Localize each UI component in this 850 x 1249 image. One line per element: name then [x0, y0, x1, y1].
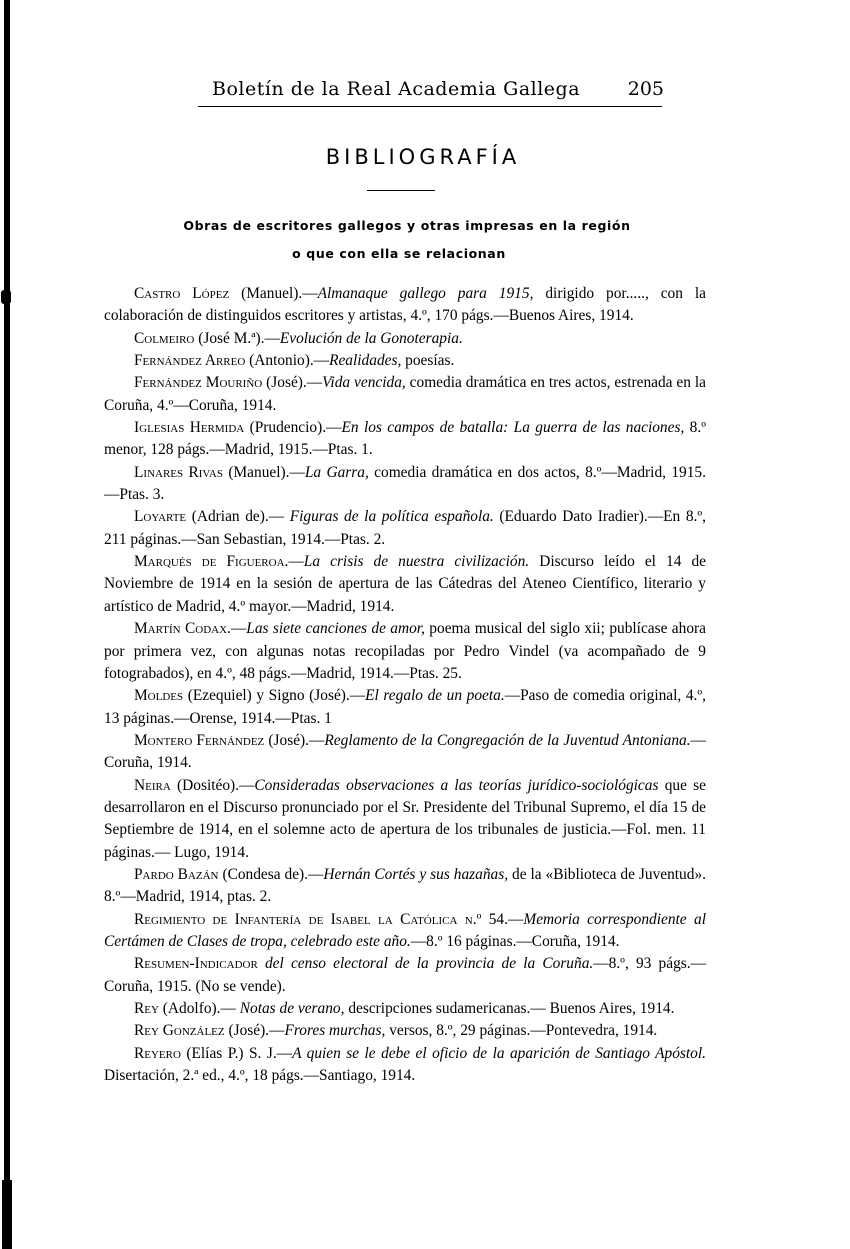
entry-title: Hernán Cortés y sus hazañas,	[323, 866, 508, 883]
bibliography-entry: Resumen-Indicador del censo electoral de…	[104, 953, 706, 998]
bibliography-entry: Loyarte (Adrian de).— Figuras de la polí…	[104, 506, 706, 551]
entry-author: Loyarte	[134, 508, 186, 525]
entry-title: Notas de verano,	[240, 1000, 345, 1017]
book-binding-edge	[4, 0, 10, 1249]
entry-title: del censo electoral de la provincia de l…	[265, 955, 593, 972]
entry-author: Neira	[134, 777, 171, 794]
entry-author-detail: (Ezequiel) y Signo (José).—	[183, 687, 365, 704]
entry-author-detail: (Dositéo).—	[171, 777, 255, 794]
section-subtitle-line2: o que con ella se relacionan	[0, 246, 824, 261]
entry-title: Reglamento de la Congregación de la Juve…	[324, 732, 690, 749]
entry-author: Marqués de Figueroa	[134, 553, 285, 570]
entry-author: Fernández Mouriño	[134, 374, 262, 391]
bibliography-entry: Fernández Mouriño (José).—Vida vencida, …	[104, 372, 706, 417]
entry-details: versos, 8.º, 29 páginas.—Pontevedra, 191…	[385, 1022, 657, 1039]
entry-author-detail	[258, 955, 265, 972]
bibliography-entry: Colmeiro (José M.ª).—Evolución de la Gon…	[104, 328, 706, 350]
entry-title: Figuras de la política española.	[290, 508, 494, 525]
entry-details: Disertación, 2.ª ed., 4.º, 18 págs.—Sant…	[104, 1067, 415, 1084]
running-header: Boletín de la Real Academia Gallega 205	[198, 76, 662, 107]
bibliography-entry: Rey (Adolfo).— Notas de verano, descripc…	[104, 998, 706, 1020]
entry-title: Almanaque gallego para 1915,	[318, 285, 534, 302]
entry-author-detail: .—	[227, 620, 246, 637]
entry-author: Resumen-Indicador	[134, 955, 258, 972]
entry-title: La crisis de nuestra civilización.	[304, 553, 529, 570]
entry-author: Iglesias Hermida	[134, 419, 244, 436]
entry-author: Rey	[134, 1000, 159, 1017]
bibliography-entry: Pardo Bazán (Condesa de).—Hernán Cortés …	[104, 864, 706, 909]
entry-title: El regalo de un poeta.	[365, 687, 505, 704]
entry-author-detail: (Adrian de).—	[186, 508, 290, 525]
bibliography-entry: Fernández Arreo (Antonio).—Realidades, p…	[104, 350, 706, 372]
entry-author-detail: (José).—	[264, 732, 324, 749]
entry-author-detail: (José M.ª).—	[194, 330, 279, 347]
bibliography-entry: Regimiento de Infantería de Isabel la Ca…	[104, 909, 706, 954]
entry-author-detail: (Elías P.) S. J.—	[181, 1045, 292, 1062]
entry-title: A quien se le debe el oficio de la apari…	[292, 1045, 706, 1062]
bibliography-entry: Moldes (Ezequiel) y Signo (José).—El reg…	[104, 685, 706, 730]
section-subtitle-line1: Obras de escritores gallegos y otras imp…	[0, 218, 832, 233]
bibliography-entry: Neira (Dositéo).—Consideradas observacio…	[104, 775, 706, 864]
entry-author: Reyero	[134, 1045, 181, 1062]
entry-author-detail: (José).—	[262, 374, 322, 391]
bibliography-entry: Castro López (Manuel).—Almanaque gallego…	[104, 283, 706, 328]
entry-author: Pardo Bazán	[134, 866, 219, 883]
entry-author: Rey González	[134, 1022, 225, 1039]
entry-title: La Garra,	[305, 464, 369, 481]
bibliography-entry: Iglesias Hermida (Prudencio).—En los cam…	[104, 417, 706, 462]
entry-author-detail: (Prudencio).—	[244, 419, 341, 436]
entry-author: Linares Rivas	[134, 464, 223, 481]
entry-title: En los campos de batalla: La guerra de l…	[341, 419, 684, 436]
section-title: BIBLIOGRAFÍA	[0, 145, 850, 169]
entry-author-detail: (José).—	[225, 1022, 285, 1039]
entry-author: Regimiento de Infantería de Isabel la Ca…	[134, 911, 504, 928]
entry-author-detail: .—	[504, 911, 523, 928]
bibliography-entry: Linares Rivas (Manuel).—La Garra, comedi…	[104, 462, 706, 507]
entry-details: —8.º 16 páginas.—Coruña, 1914.	[411, 933, 620, 950]
entry-author: Montero Fernández	[134, 732, 264, 749]
entry-author-detail: .—	[285, 553, 304, 570]
section-title-text: BIBLIOGRAFÍA	[326, 145, 520, 169]
entry-author: Fernández Arreo	[134, 352, 245, 369]
bibliography-entry: Rey González (José).—Frores murchas, ver…	[104, 1020, 706, 1042]
entry-title: Frores murchas,	[284, 1022, 385, 1039]
bibliography-entry: Reyero (Elías P.) S. J.—A quien se le de…	[104, 1043, 706, 1088]
bibliography-list: Castro López (Manuel).—Almanaque gallego…	[104, 283, 706, 1087]
entry-title: Vida vencida,	[322, 374, 406, 391]
entry-author: Moldes	[134, 687, 183, 704]
entry-author: Castro López	[134, 285, 229, 302]
entry-author: Martín Codax	[134, 620, 227, 637]
entry-details: poesías.	[401, 352, 454, 369]
journal-title: Boletín de la Real Academia Gallega	[212, 78, 580, 100]
entry-author-detail: (Manuel).—	[229, 285, 317, 302]
entry-author-detail: (Antonio).—	[245, 352, 329, 369]
entry-title: Consideradas observaciones a las teorías…	[254, 777, 658, 794]
page-number: 205	[628, 78, 664, 100]
entry-title: Evolución de la Gonoterapia.	[280, 330, 463, 347]
bibliography-entry: Martín Codax.—Las siete canciones de amo…	[104, 618, 706, 685]
bibliography-entry: Montero Fernández (José).—Reglamento de …	[104, 730, 706, 775]
entry-author-detail: (Condesa de).—	[219, 866, 324, 883]
bibliography-entry: Marqués de Figueroa.—La crisis de nuestr…	[104, 551, 706, 618]
entry-details: descripciones sudamericanas.— Buenos Air…	[344, 1000, 674, 1017]
entry-author-detail: (Adolfo).—	[159, 1000, 240, 1017]
title-divider	[367, 190, 435, 191]
entry-author: Colmeiro	[134, 330, 194, 347]
entry-author-detail: (Manuel).—	[223, 464, 305, 481]
entry-title: Realidades,	[329, 352, 401, 369]
entry-title: Las siete canciones de amor,	[246, 620, 425, 637]
